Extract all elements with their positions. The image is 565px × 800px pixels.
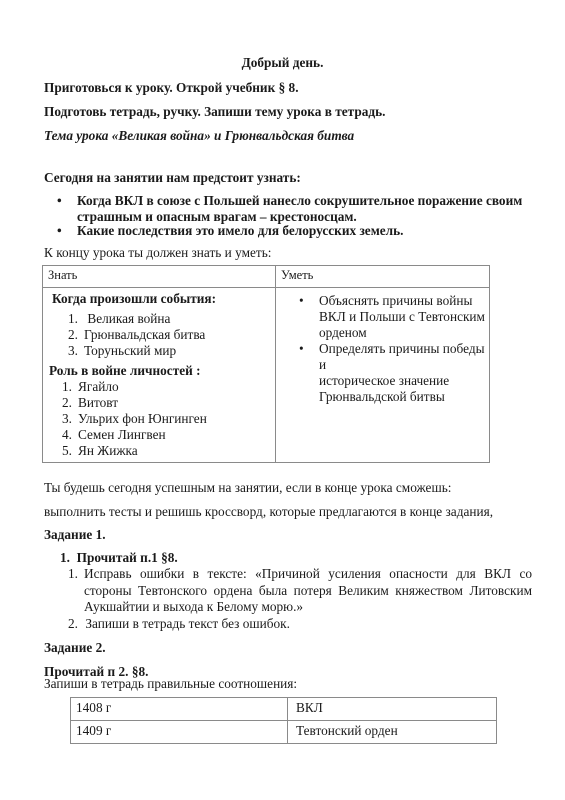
item-number: 5. (54, 443, 72, 459)
task1-step: 1. Прочитай п.1 §8. (60, 550, 178, 566)
prepare-instruction: Приготовься к уроку. Открой учебник § 8. (44, 80, 299, 96)
goals-table: Знать Уметь Когда произошли события: 1. … (42, 265, 490, 463)
skill-text: Объяснять причины войны (319, 293, 486, 309)
success-text-1: Ты будешь сегодня успешным на занятии, е… (44, 480, 451, 496)
event-item: 3.Торуньский мир (46, 343, 272, 359)
step-number: 1. (60, 550, 70, 565)
person-item: 3.Ульрих фон Юнгинген (46, 411, 272, 427)
task1-subitem-1: 1. Исправь ошибки в тексте: «Причиной ус… (68, 566, 532, 616)
item-number: 1. (54, 379, 72, 395)
today-bullet-2: Какие последствия это имело для белорусс… (77, 223, 403, 239)
item-text: Запиши в тетрадь текст без ошибок. (85, 616, 290, 631)
skill-text: Грюнвальдской битвы (319, 389, 486, 405)
greeting-heading: Добрый день. (0, 55, 565, 71)
skill-item-2: • Определять причины победы и историческ… (279, 341, 486, 405)
item-text: Грюнвальдская битва (84, 327, 205, 342)
skills-cell: • Объяснять причины войны ВКЛ и Польши с… (276, 288, 490, 463)
events-heading: Когда произошли события: (46, 291, 272, 307)
person-item: 4.Семен Лингвен (46, 427, 272, 443)
item-number: 2. (54, 395, 72, 411)
bullet-text: Когда ВКЛ в союзе с Польшей нанесло сокр… (77, 193, 522, 209)
today-bullet-1: Когда ВКЛ в союзе с Польшей нанесло сокр… (77, 193, 522, 225)
item-number: 3. (54, 411, 72, 427)
item-text: Исправь ошибки в тексте: «Причиной усиле… (84, 566, 532, 583)
end-of-lesson-text: К концу урока ты должен знать и уметь: (44, 245, 271, 261)
people-heading: Роль в войне личностей : (46, 363, 272, 379)
event-item: 2.Грюнвальдская битва (46, 327, 272, 343)
know-cell: Когда произошли события: 1. Великая войн… (43, 288, 276, 463)
match-cell: Тевтонский орден (288, 721, 497, 744)
item-text: Ян Жижка (78, 443, 138, 458)
step-label: Прочитай п.1 §8. (77, 550, 178, 565)
item-text: Ульрих фон Юнгинген (78, 411, 207, 426)
task1-subitem-2: 2. Запиши в тетрадь текст без ошибок. (68, 616, 290, 632)
header-skills: Уметь (276, 266, 490, 288)
item-text: Великая война (87, 311, 170, 326)
item-number: 4. (54, 427, 72, 443)
success-text-2: выполнить тесты и решишь кроссворд, кото… (44, 504, 493, 520)
lesson-topic: Тема урока «Великая война» и Грюнвальдск… (44, 128, 354, 144)
item-number: 1. (68, 566, 78, 583)
skill-text: историческое значение (319, 373, 486, 389)
notebook-instruction: Подготовь тетрадь, ручку. Запиши тему ур… (44, 104, 385, 120)
skill-text: орденом (319, 325, 486, 341)
item-text: Семен Лингвен (78, 427, 166, 442)
skill-text: ВКЛ и Польши с Тевтонским (319, 309, 486, 325)
task2-instruction: Запиши в тетрадь правильные соотношения: (44, 676, 297, 692)
matching-table: 1408 г ВКЛ 1409 г Тевтонский орден (70, 697, 497, 744)
task2-title: Задание 2. (44, 640, 106, 656)
skill-text: Определять причины победы и (319, 341, 486, 373)
item-number: 2. (60, 327, 78, 343)
person-item: 5.Ян Жижка (46, 443, 272, 459)
today-heading: Сегодня на занятии нам предстоит узнать: (44, 170, 301, 186)
item-text: Витовт (78, 395, 118, 410)
task1-title: Задание 1. (44, 527, 106, 543)
item-text: Аукшайтии и выхода к Белому морю.» (84, 599, 532, 616)
item-text: стороны Тевтонского ордена была потеря В… (84, 583, 532, 600)
item-number: 1. (60, 311, 78, 327)
header-know: Знать (43, 266, 276, 288)
bullet-icon: • (299, 341, 304, 357)
item-text: Торуньский мир (84, 343, 176, 358)
bullet-icon: • (299, 293, 304, 309)
item-text: Ягайло (78, 379, 119, 394)
person-item: 1.Ягайло (46, 379, 272, 395)
person-item: 2.Витовт (46, 395, 272, 411)
match-cell: 1408 г (71, 698, 288, 721)
skill-item-1: • Объяснять причины войны ВКЛ и Польши с… (279, 293, 486, 341)
match-cell: 1409 г (71, 721, 288, 744)
bullet-text: Какие последствия это имело для белорусс… (77, 223, 403, 239)
item-number: 2. (68, 616, 78, 631)
item-number: 3. (60, 343, 78, 359)
match-cell: ВКЛ (288, 698, 497, 721)
event-item: 1. Великая война (46, 311, 272, 327)
